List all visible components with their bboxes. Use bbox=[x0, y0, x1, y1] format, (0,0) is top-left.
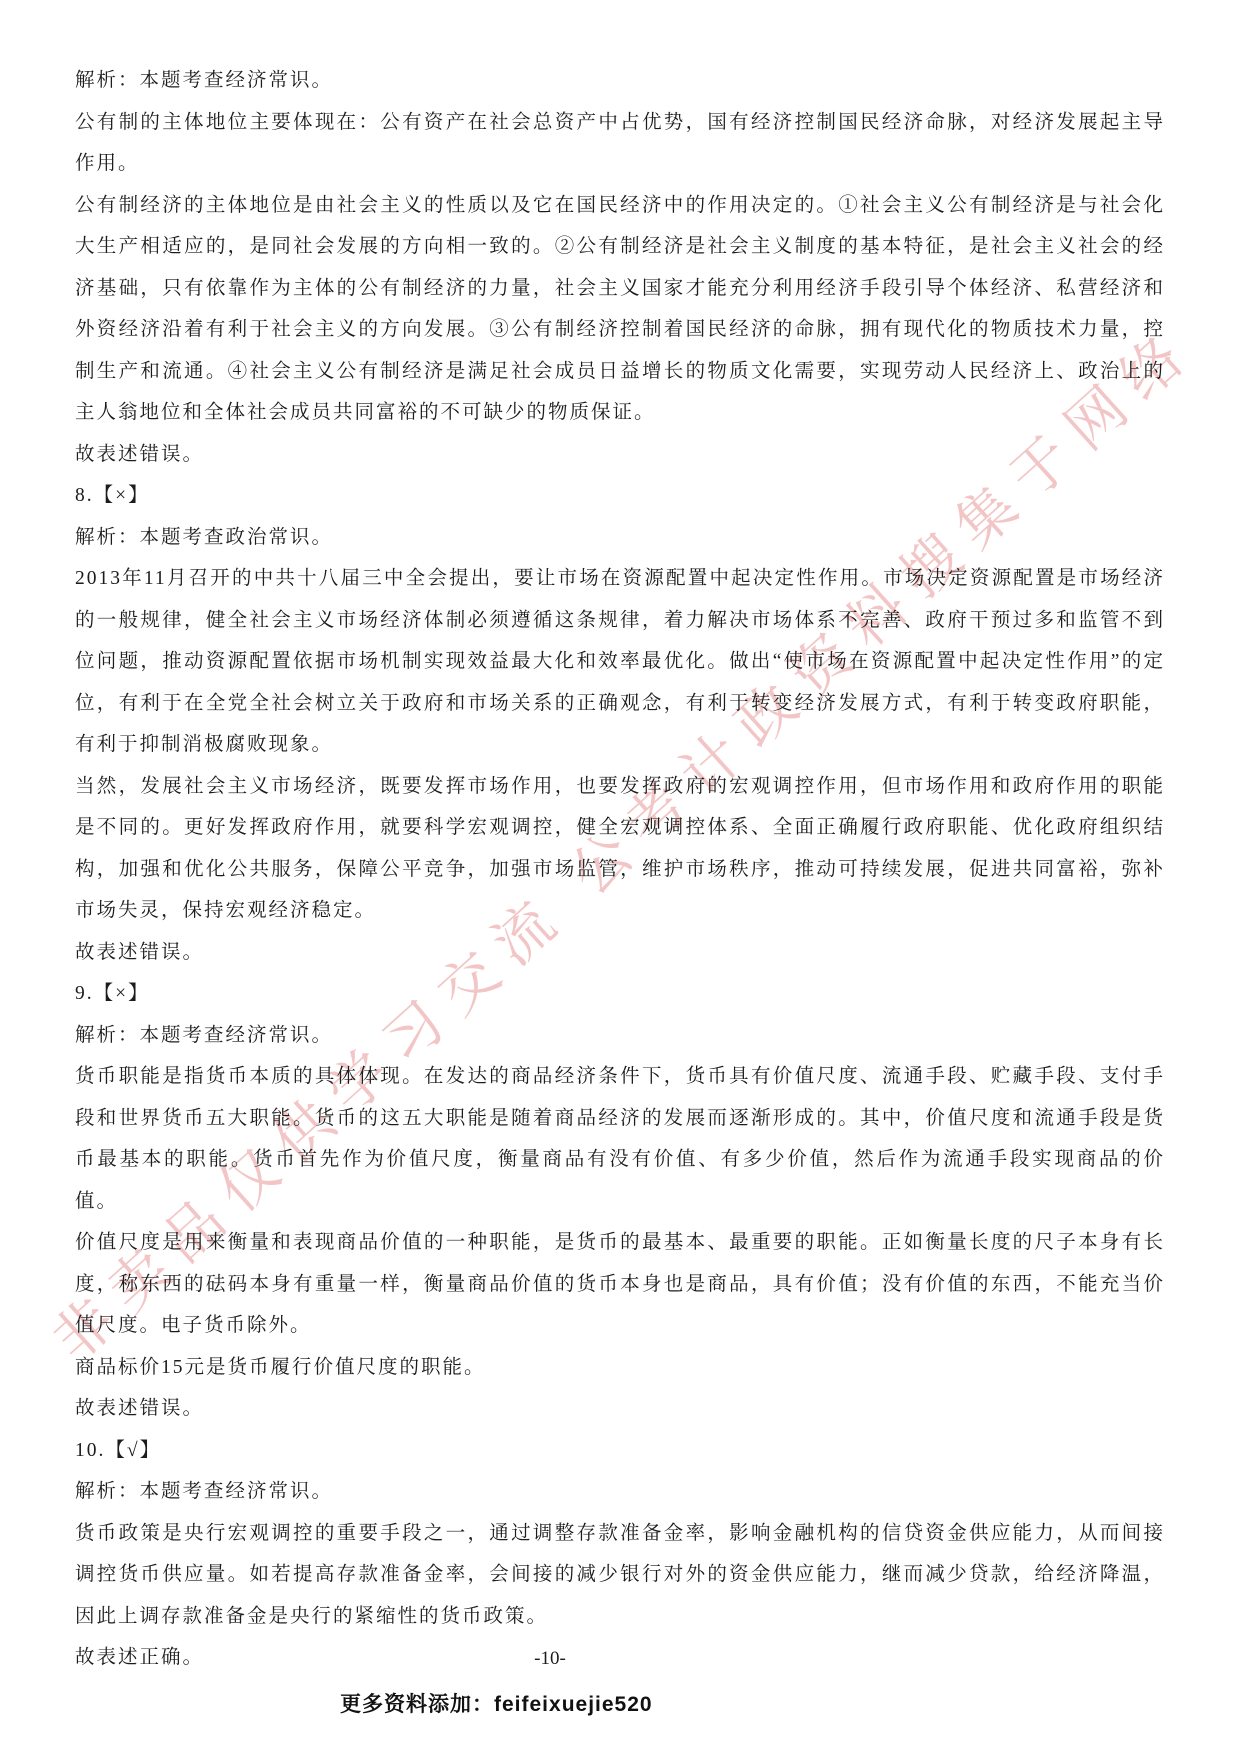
answer-explanation-body: 解析：本题考查经济常识。公有制的主体地位主要体现在：公有资产在社会总资产中占优势… bbox=[75, 60, 1165, 1679]
paragraph: 解析：本题考查经济常识。 bbox=[75, 1471, 1165, 1513]
paragraph: 当然，发展社会主义市场经济，既要发挥市场作用，也要发挥政府的宏观调控作用，但市场… bbox=[75, 766, 1165, 932]
paragraph: 公有制的主体地位主要体现在：公有资产在社会总资产中占优势，国有经济控制国民经济命… bbox=[75, 102, 1165, 185]
paragraph: 解析：本题考查政治常识。 bbox=[75, 517, 1165, 559]
paragraph: 故表述错误。 bbox=[75, 932, 1165, 974]
paragraph: 2013年11月召开的中共十八届三中全会提出，要让市场在资源配置中起决定性作用。… bbox=[75, 558, 1165, 766]
paragraph: 解析：本题考查经济常识。 bbox=[75, 60, 1165, 102]
paragraph: 9.【×】 bbox=[75, 973, 1165, 1015]
paragraph: 价值尺度是用来衡量和表现商品价值的一种职能，是货币的最基本、最重要的职能。正如衡… bbox=[75, 1222, 1165, 1347]
paragraph: 货币职能是指货币本质的具体体现。在发达的商品经济条件下，货币具有价值尺度、流通手… bbox=[75, 1056, 1165, 1222]
document-page: 非卖品仅供学习交流 公考计政资料搜集于网络 解析：本题考查经济常识。公有制的主体… bbox=[0, 0, 1240, 1754]
paragraph: 解析：本题考查经济常识。 bbox=[75, 1015, 1165, 1057]
footer-note: 更多资料添加：feifeixuejie520 bbox=[340, 1688, 653, 1718]
page-number: -10- bbox=[0, 1648, 1100, 1670]
footer-note-label: 更多资料添加： bbox=[340, 1692, 494, 1716]
paragraph: 故表述错误。 bbox=[75, 434, 1165, 476]
paragraph: 货币政策是央行宏观调控的重要手段之一，通过调整存款准备金率，影响金融机构的信贷资… bbox=[75, 1513, 1165, 1638]
paragraph: 8.【×】 bbox=[75, 475, 1165, 517]
paragraph: 公有制经济的主体地位是由社会主义的性质以及它在国民经济中的作用决定的。①社会主义… bbox=[75, 185, 1165, 434]
paragraph: 故表述错误。 bbox=[75, 1388, 1165, 1430]
footer-note-value: feifeixuejie520 bbox=[494, 1693, 653, 1716]
paragraph: 商品标价15元是货币履行价值尺度的职能。 bbox=[75, 1347, 1165, 1389]
paragraph: 10.【√】 bbox=[75, 1430, 1165, 1472]
